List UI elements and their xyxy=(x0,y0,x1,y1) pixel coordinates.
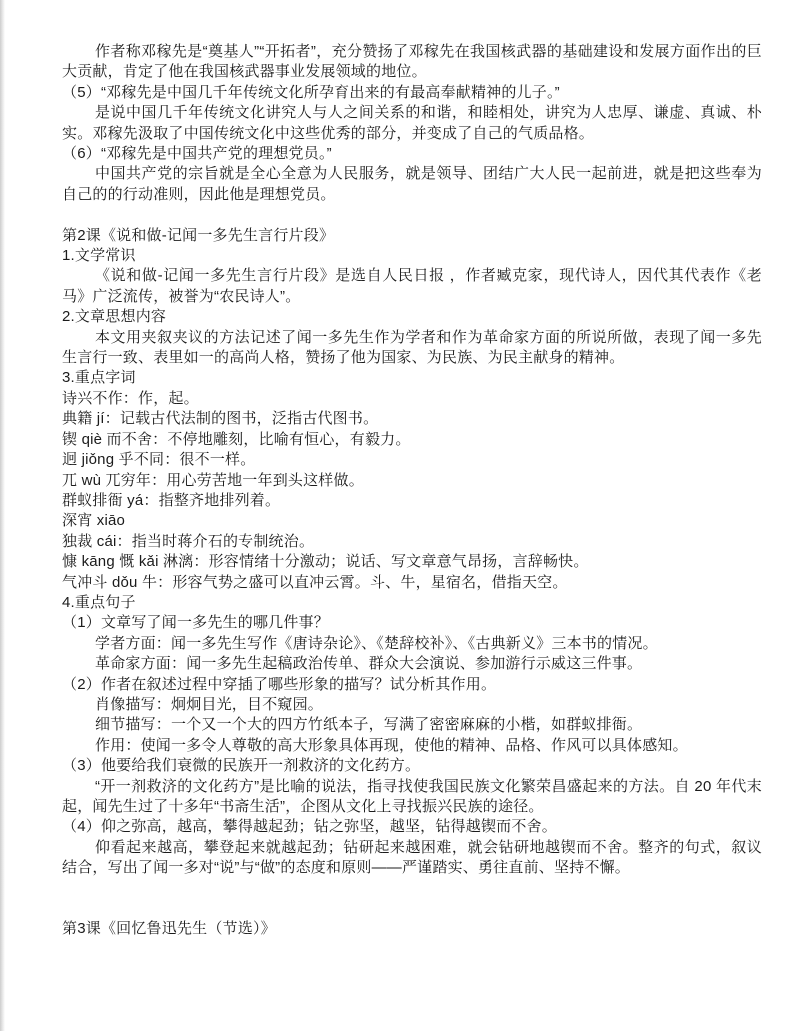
text-paragraph: 是说中国几千年传统文化讲究人与人之间关系的和谐，和睦相处，讲究为人忠厚、谦虚、真… xyxy=(62,103,762,144)
text-paragraph: 兀 wù 兀穷年：用心劳苦地一年到头这样做。 xyxy=(62,471,762,491)
text-paragraph: 群蚁排衙 yá：指整齐地排列着。 xyxy=(62,491,762,511)
text-paragraph: 肖像描写：炯炯目光，目不窥园。 xyxy=(62,695,762,715)
text-paragraph: 深宵 xiāo xyxy=(62,511,762,531)
text-paragraph: 《说和做-记闻一多先生言行片段》是选自人民日报 ，作者臧克家，现代诗人，因代其代… xyxy=(62,266,762,307)
text-paragraph: 作者称邓稼先是“奠基人”“开拓者”，充分赞扬了邓稼先在我国核武器的基础建设和发展… xyxy=(62,42,762,83)
text-paragraph: （5）“邓稼先是中国几千年传统文化所孕育出来的有最高奉献精神的儿子。” xyxy=(62,83,762,103)
text-paragraph: （3）他要给我们衰微的民族开一剂救济的文化药方。 xyxy=(62,756,762,776)
page-scan-edge xyxy=(0,0,5,1031)
text-paragraph: 气冲斗 dǒu 牛：形容气势之盛可以直冲云霄。斗、牛，星宿名，借指天空。 xyxy=(62,573,762,593)
text-paragraph: 锲 qiè 而不舍：不停地雕刻，比喻有恒心，有毅力。 xyxy=(62,430,762,450)
text-paragraph: 中国共产党的宗旨就是全心全意为人民服务，就是领导、团结广大人民一起前进，就是把这… xyxy=(62,164,762,205)
text-paragraph: 典籍 jí：记载古代法制的图书，泛指古代图书。 xyxy=(62,409,762,429)
text-paragraph: （2）作者在叙述过程中穿插了哪些形象的描写？试分析其作用。 xyxy=(62,675,762,695)
blank-line xyxy=(62,879,762,920)
text-paragraph: 诗兴不作：作，起。 xyxy=(62,389,762,409)
section-heading: 2.文章思想内容 xyxy=(62,307,762,327)
text-paragraph: “开一剂救济的文化药方”是比喻的说法，指寻找使我国民族文化繁荣昌盛起来的方法。自… xyxy=(62,777,762,818)
text-paragraph: 独裁 cái：指当时蒋介石的专制统治。 xyxy=(62,532,762,552)
text-paragraph: 迥 jiǒng 乎不同：很不一样。 xyxy=(62,450,762,470)
text-paragraph: 本文用夹叙夹议的方法记述了闻一多先生作为学者和作为革命家方面的所说所做，表现了闻… xyxy=(62,328,762,369)
section-heading: 1.文学常识 xyxy=(62,246,762,266)
text-paragraph: （6）“邓稼先是中国共产党的理想党员。” xyxy=(62,144,762,164)
section-heading: 3.重点字词 xyxy=(62,368,762,388)
text-paragraph: （1）文章写了闻一多先生的哪几件事？ xyxy=(62,613,762,633)
document-body: 作者称邓稼先是“奠基人”“开拓者”，充分赞扬了邓稼先在我国核武器的基础建设和发展… xyxy=(62,42,762,940)
section-heading: 第2课《说和做-记闻一多先生言行片段》 xyxy=(62,226,762,246)
text-paragraph: 仰看起来越高，攀登起来就越起劲；钻研起来越困难，就会钻研地越锲而不舍。整齐的句式… xyxy=(62,838,762,879)
section-heading: 第3课《回忆鲁迅先生（节选）》 xyxy=(62,919,762,939)
text-paragraph: 作用：使闻一多令人尊敬的高大形象具体再现，使他的精神、品格、作风可以具体感知。 xyxy=(62,736,762,756)
text-paragraph: 慷 kāng 慨 kǎi 淋漓：形容情绪十分激动；说话、写文章意气昂扬，言辞畅快… xyxy=(62,552,762,572)
text-paragraph: 学者方面：闻一多先生写作《唐诗杂论》、《楚辞校补》、《古典新义》三本书的情况。 xyxy=(62,634,762,654)
text-paragraph: 革命家方面：闻一多先生起稿政治传单、群众大会演说、参加游行示威这三件事。 xyxy=(62,654,762,674)
blank-line xyxy=(62,205,762,225)
text-paragraph: （4）仰之弥高，越高，攀得越起劲；钻之弥坚，越坚，钻得越锲而不舍。 xyxy=(62,817,762,837)
section-heading: 4.重点句子 xyxy=(62,593,762,613)
text-paragraph: 细节描写：一个又一个大的四方竹纸本子，写满了密密麻麻的小楷，如群蚁排衙。 xyxy=(62,715,762,735)
document-page: 作者称邓稼先是“奠基人”“开拓者”，充分赞扬了邓稼先在我国核武器的基础建设和发展… xyxy=(0,0,792,1031)
